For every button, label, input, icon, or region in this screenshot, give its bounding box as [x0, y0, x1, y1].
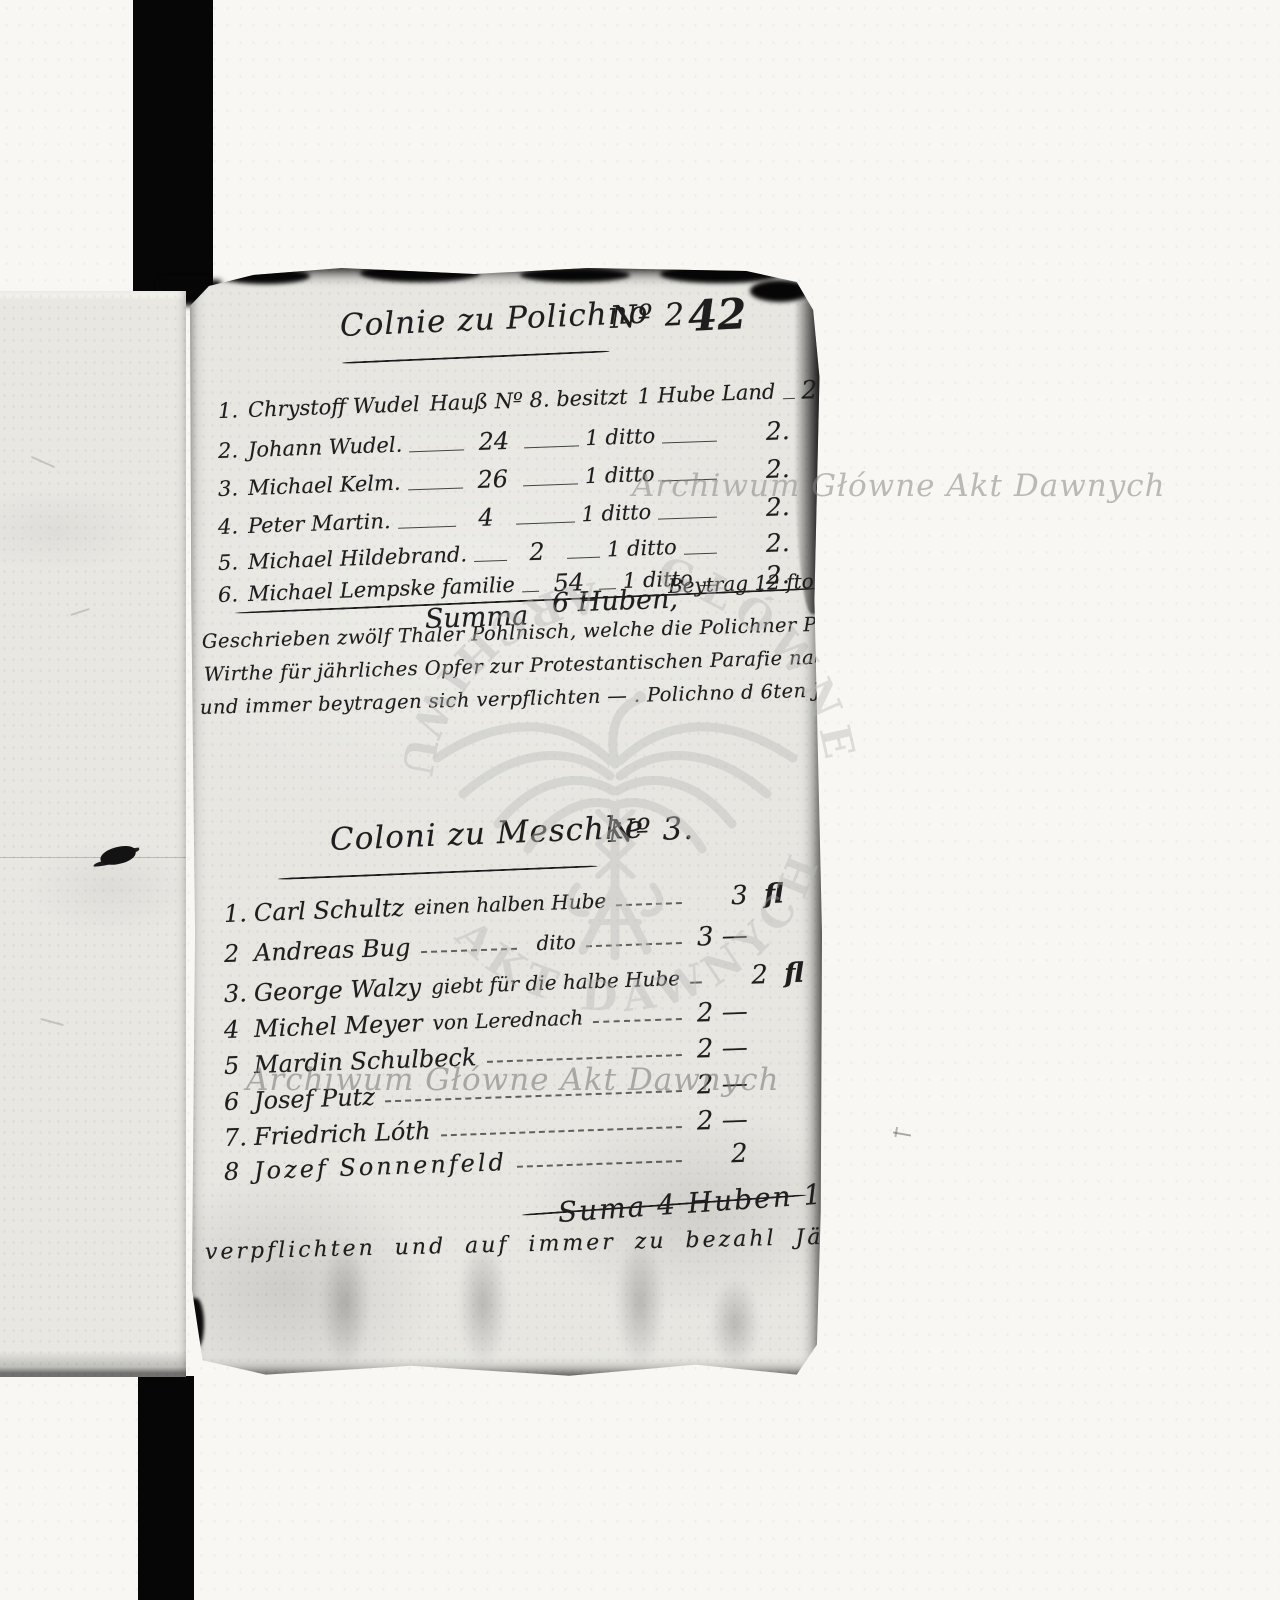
amount: 2 — — [691, 996, 748, 1030]
row-number: 7. — [223, 1121, 254, 1154]
house-number: 4 — [462, 502, 509, 534]
row-number: 3. — [217, 473, 248, 504]
colonist-name: Carl Schultz — [253, 892, 404, 929]
amount: 2. — [723, 492, 790, 524]
manuscript-page: Colnie zu Polichno Nº 2 42 1. Chrystoff … — [190, 266, 822, 1378]
amount: 2. — [723, 416, 790, 448]
dash-leader — [409, 449, 464, 452]
stain-streak — [615, 1238, 665, 1368]
amount: 2. — [723, 528, 790, 560]
colonist-name: Michel Meyer — [253, 1007, 423, 1045]
summa-huben: 6 Huben, — [551, 584, 678, 619]
colonist-name: Josef Putz — [253, 1081, 375, 1117]
dash-leader — [441, 1126, 682, 1136]
row-number: 2 — [223, 937, 254, 970]
dash-leader — [690, 981, 702, 983]
currency-mark — [748, 1098, 784, 1099]
amount: 2 — — [691, 1104, 748, 1138]
row-number: 6. — [217, 579, 248, 610]
colonist-name: Peter Martin. — [247, 506, 391, 541]
colonist-name: Michael Kelm. — [247, 468, 401, 503]
row-number: 1. — [223, 897, 254, 930]
torn-edge-blotch — [360, 264, 480, 282]
dash-leader — [517, 1160, 682, 1168]
torn-edge-blotch — [660, 265, 780, 283]
row-detail: von Lerednach — [432, 1001, 584, 1038]
summa-beytrag: Beytrag 12 fto: — [668, 569, 821, 598]
row-number: 5 — [223, 1049, 254, 1082]
row-detail: einen halben Hube — [414, 885, 607, 924]
row-number: 2. — [217, 435, 248, 466]
dash-leader — [398, 526, 457, 529]
edge-ink-blob — [188, 1298, 204, 1350]
dash-leader — [662, 441, 717, 444]
section1-title: Colnie zu Polichno — [339, 295, 649, 344]
dash-leader — [421, 948, 517, 953]
currency-mark — [748, 1026, 784, 1027]
ink-blot — [99, 844, 137, 867]
colonist-name: Jozef Sonnenfeld — [253, 1146, 507, 1187]
currency-mark — [748, 1062, 784, 1063]
colonist-name: Friedrich Lóth — [253, 1115, 431, 1153]
hube-entry: 1 ditto — [606, 532, 677, 564]
dash-leader — [783, 398, 795, 399]
house-number: 26 — [469, 464, 516, 496]
row-number: 6 — [223, 1085, 254, 1118]
amount: 2 fto: — [801, 373, 868, 405]
section1-number: Nº 2 — [609, 297, 686, 336]
stain-streak — [710, 1278, 760, 1368]
dash-leader — [658, 517, 717, 520]
amount: 3 — — [691, 920, 748, 954]
house-number: 2 — [513, 536, 560, 568]
colonist-name: Chrystoff Wudel — [247, 389, 420, 425]
dash-leader — [523, 483, 578, 486]
row-detail: Hauß Nº 8. besitzt — [429, 382, 628, 419]
hube-entry: 1 ditto — [581, 497, 652, 529]
dash-leader — [593, 1018, 682, 1023]
torn-edge-blotch — [220, 268, 310, 284]
colonist-name: Michael Hildebrand. — [247, 539, 467, 577]
hube-entry: 1 ditto — [584, 459, 655, 491]
hube-entry: 1 ditto — [585, 421, 656, 453]
closing-line: verpflichten und auf immer zu bezahl Jäh… — [205, 1223, 907, 1265]
amount: 2 — [691, 1138, 748, 1172]
colonist-name: George Walzy — [253, 971, 421, 1009]
amount: 3 — [691, 880, 748, 914]
currency-mark — [748, 950, 784, 951]
dash-leader — [516, 522, 575, 525]
dash-leader — [684, 553, 717, 555]
dash-leader — [385, 1090, 682, 1102]
film-strip-top — [133, 0, 213, 294]
dash-leader — [522, 591, 539, 593]
folio-number: 42 — [687, 289, 748, 341]
house-number: 24 — [470, 426, 517, 458]
section2-number: Nº 3. — [607, 811, 695, 850]
torn-edge-blotch — [520, 268, 630, 282]
row-number: 3. — [223, 977, 254, 1010]
row-detail: dito — [536, 926, 576, 959]
currency-mark — [748, 1134, 784, 1135]
colonist-name: Mardin Schulbeck — [253, 1041, 476, 1081]
row-number: 5. — [217, 547, 248, 578]
dash-leader — [567, 557, 600, 559]
smudge — [40, 1018, 64, 1026]
dash-leader — [616, 902, 682, 906]
title-underline — [278, 865, 598, 880]
amount: 2. — [723, 454, 790, 486]
currency-mark: fl — [767, 958, 804, 991]
amount: 2 — — [691, 1032, 748, 1066]
pencil-mark — [893, 1131, 911, 1136]
dash-leader — [408, 487, 463, 490]
fold-crease — [0, 857, 186, 858]
amount: 2 — — [691, 1068, 748, 1102]
row-detail: giebt für die halbe Hube — [431, 962, 681, 1003]
row-number: 8 — [223, 1155, 254, 1188]
corner-fold-shadow — [794, 284, 824, 614]
title-underline — [342, 350, 610, 364]
microfilm-scan: { "watermarks": { "overlay_text": "Archi… — [0, 0, 1280, 1600]
currency-mark — [748, 1168, 784, 1169]
film-strip-bottom — [138, 1376, 194, 1600]
smudge — [70, 608, 90, 616]
dash-leader — [524, 445, 579, 448]
suma-line: Suma 4 Huben 18 — [557, 1176, 844, 1229]
dash-leader — [662, 479, 717, 482]
section2-title: Coloni zu Meschke — [329, 809, 645, 858]
dash-leader — [586, 942, 682, 947]
hube-entry: 1 Hube Land — [637, 377, 776, 412]
colonist-name: Johann Wudel. — [247, 430, 402, 465]
dash-leader — [486, 1054, 681, 1063]
colonist-name: Andreas Bug — [253, 931, 411, 968]
amount: 2 — [711, 959, 768, 993]
row-number: 4 — [223, 1013, 254, 1046]
left-blank-page — [0, 291, 186, 1377]
smudge — [31, 456, 56, 468]
currency-mark: fl — [747, 878, 784, 911]
dash-leader — [474, 560, 507, 562]
row-number: 1. — [217, 395, 248, 426]
row-number: 4. — [217, 511, 248, 542]
